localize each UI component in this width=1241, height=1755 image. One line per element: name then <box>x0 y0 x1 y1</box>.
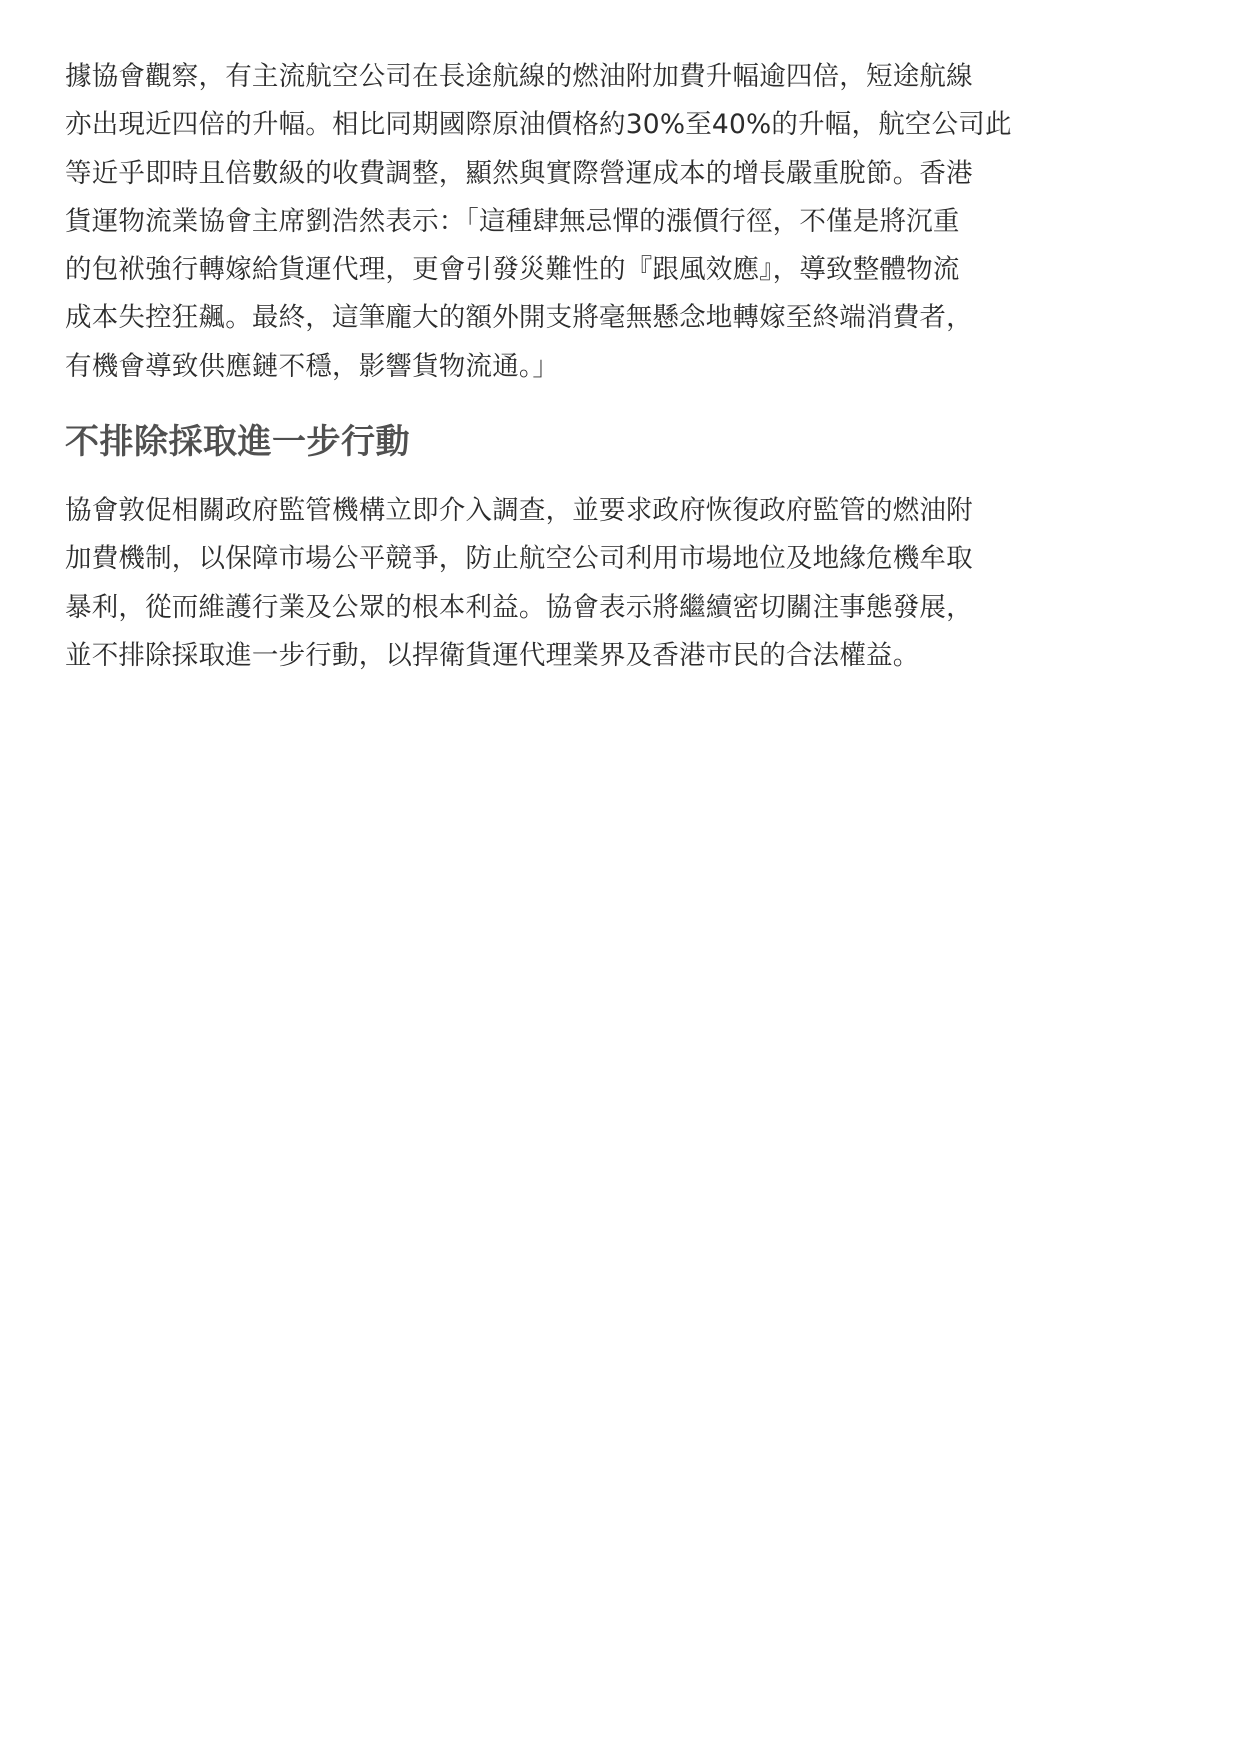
section-heading: 不排除採取進一步行動 <box>65 419 1185 465</box>
paragraph-line: 亦出現近四倍的升幅。相比同期國際原油價格約30%至40%的升幅，航空公司此 <box>65 101 1185 149</box>
paragraph-line: 加費機制，以保障市場公平競爭，防止航空公司利用市場地位及地緣危機牟取 <box>65 535 1185 583</box>
paragraph-line: 協會敦促相關政府監管機構立即介入調查，並要求政府恢復政府監管的燃油附 <box>65 487 1185 535</box>
article-body: 據協會觀察，有主流航空公司在長途航線的燃油附加費升幅逾四倍，短途航線 亦出現近四… <box>65 53 1185 680</box>
paragraph-association-demands: 協會敦促相關政府監管機構立即介入調查，並要求政府恢復政府監管的燃油附 加費機制，… <box>65 487 1185 680</box>
paragraph-line: 暴利，從而維護行業及公眾的根本利益。協會表示將繼續密切關注事態發展， <box>65 584 1185 632</box>
paragraph-line: 成本失控狂飆。最終，這筆龐大的額外開支將毫無懸念地轉嫁至終端消費者， <box>65 294 1185 342</box>
paragraph-line: 並不排除採取進一步行動，以捍衛貨運代理業界及香港市民的合法權益。 <box>65 632 1185 680</box>
paragraph-line: 的包袱強行轉嫁給貨運代理，更會引發災難性的『跟風效應』，導致整體物流 <box>65 246 1185 294</box>
paragraph-line: 貨運物流業協會主席劉浩然表示：「這種肆無忌憚的漲價行徑，不僅是將沉重 <box>65 198 1185 246</box>
paragraph-line: 有機會導致供應鏈不穩，影響貨物流通。」 <box>65 343 1185 391</box>
paragraph-line: 據協會觀察，有主流航空公司在長途航線的燃油附加費升幅逾四倍，短途航線 <box>65 53 1185 101</box>
paragraph-fuel-surcharge-observation: 據協會觀察，有主流航空公司在長途航線的燃油附加費升幅逾四倍，短途航線 亦出現近四… <box>65 53 1185 391</box>
paragraph-line: 等近乎即時且倍數級的收費調整，顯然與實際營運成本的增長嚴重脫節。香港 <box>65 150 1185 198</box>
